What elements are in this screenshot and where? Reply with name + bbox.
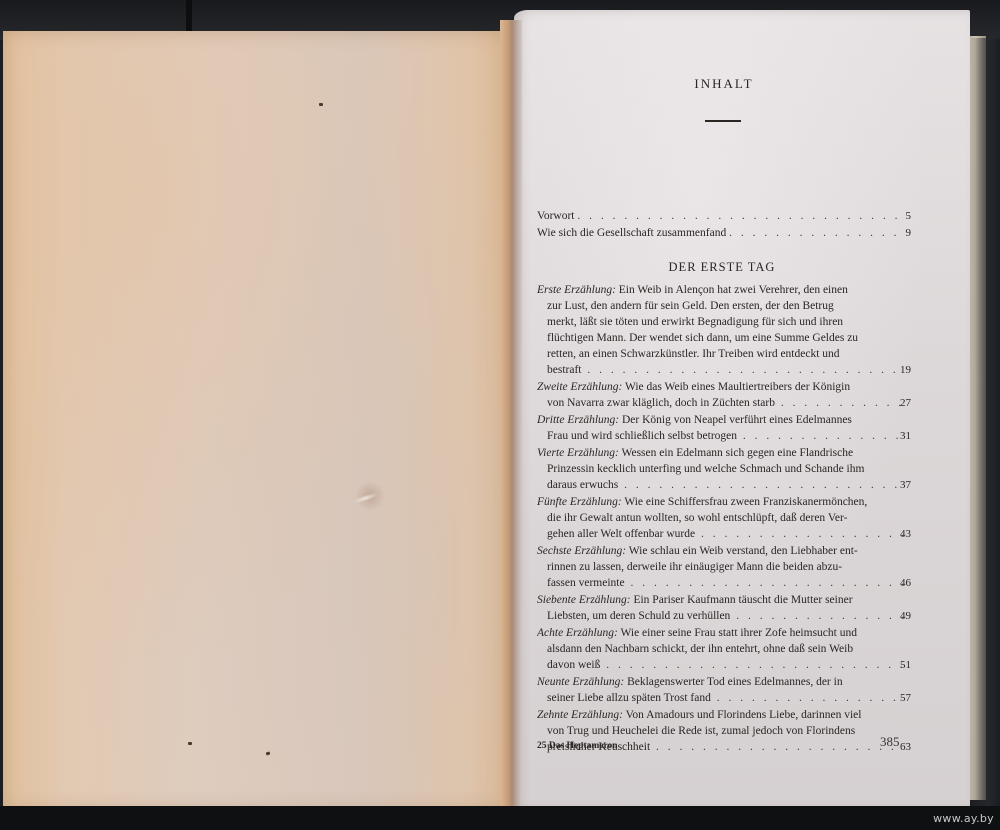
toc-entry-gesellschaft: Wie sich die Gesellschaft zusammenfand .… [537, 225, 903, 241]
entry-line: zur Lust, den andern für sein Geld. Den … [537, 298, 903, 314]
entry-text: davon weiß [547, 659, 600, 671]
entry-text: gehen aller Welt offenbar wurde [547, 528, 695, 540]
entry-page-number: 51 [881, 657, 911, 673]
paper-speck [188, 742, 192, 745]
book-gutter [500, 20, 522, 810]
entry-text: alsdann den Nachbarn schickt, der ihn en… [547, 643, 853, 655]
entry-line: seiner Liebe allzu späten Trost fand . .… [537, 690, 903, 706]
entry-text: von Navarra zwar kläglich, doch in Zücht… [547, 397, 775, 409]
entry-text: von Trug und Heuchelei die Rede ist, zum… [547, 725, 855, 737]
toc-entry: Fünfte Erzählung: Wie eine Schiffersfrau… [537, 494, 903, 542]
entry-page-number: 43 [881, 526, 911, 542]
entry-line: davon weiß . . . . . . . . . . . . . . .… [537, 657, 903, 673]
entry-text: rinnen zu lassen, derweile ihr einäugige… [547, 561, 842, 573]
entry-page-number: 57 [881, 690, 911, 706]
entry-text: daraus erwuchs [547, 479, 618, 491]
entry-text: Wie schlau ein Weib verstand, den Liebha… [629, 545, 858, 557]
entry-line: Dritte Erzählung: Der König von Neapel v… [537, 412, 903, 428]
toc-entry: Achte Erzählung: Wie einer seine Frau st… [537, 625, 903, 673]
toc-title: INHALT [689, 76, 759, 92]
leader-dots: . . . . . . . . . . . . . . . . . . . . … [625, 577, 903, 589]
toc-entry-vorwort: Vorwort . . . . . . . . . . . . . . . . … [537, 208, 903, 224]
entry-line: Sechste Erzählung: Wie schlau ein Weib v… [537, 543, 903, 559]
entry-text: flüchtigen Mann. Der wendet sich dann, u… [547, 332, 858, 344]
entry-text: Ein Pariser Kaufmann täuscht die Mutter … [633, 594, 852, 606]
entry-label: Zweite Erzählung: [537, 381, 622, 393]
printer-signature: 25 Das Heptameron [537, 741, 618, 751]
entry-line: retten, an einen Schwarzkünstler. Ihr Tr… [537, 346, 903, 362]
paper-speck [266, 751, 271, 755]
entry-line: Achte Erzählung: Wie einer seine Frau st… [537, 625, 903, 641]
entry-line: rinnen zu lassen, derweile ihr einäugige… [537, 559, 903, 575]
entry-text: Wie das Weib eines Maultiertreibers der … [625, 381, 850, 393]
entry-text: seiner Liebe allzu späten Trost fand [547, 692, 711, 704]
entry-label: Wie sich die Gesellschaft zusammenfand [537, 227, 726, 239]
entry-text: Beklagenswerter Tod eines Edelmannes, de… [627, 676, 843, 688]
entry-line: die ihr Gewalt antun wollten, so wohl en… [537, 510, 903, 526]
left-blank-page [3, 31, 511, 810]
entry-label: Neunte Erzählung: [537, 676, 624, 688]
entry-line: gehen aller Welt offenbar wurde . . . . … [537, 526, 903, 542]
page-number: 385 [880, 734, 900, 750]
entry-text: Prinzessin kecklich unterfing und welche… [547, 463, 864, 475]
entry-label: Achte Erzählung: [537, 627, 618, 639]
leader-dots: . . . . . . . . . . . . . . . . . . . . … [737, 430, 903, 442]
toc-entry: Erste Erzählung: Ein Weib in Alençon hat… [537, 282, 903, 378]
toc-entry: Neunte Erzählung: Beklagenswerter Tod ei… [537, 674, 903, 706]
entry-label: Sechste Erzählung: [537, 545, 626, 557]
entry-text: Ein Weib in Alençon hat zwei Verehrer, d… [619, 284, 848, 296]
entry-line: Vierte Erzählung: Wessen ein Edelmann si… [537, 445, 903, 461]
book-cover-edge [970, 38, 1000, 808]
entry-text: fassen vermeinte [547, 577, 625, 589]
entry-page-number: 31 [881, 428, 911, 444]
watermark: www.ay.by [933, 812, 994, 825]
entry-line: von Navarra zwar kläglich, doch in Zücht… [537, 395, 903, 411]
entry-line: Siebente Erzählung: Ein Pariser Kaufmann… [537, 592, 903, 608]
bottom-shadow [0, 806, 1000, 830]
entry-line: Zehnte Erzählung: Von Amadours und Flori… [537, 707, 903, 723]
entry-text: Wie eine Schiffersfrau zween Franziskane… [624, 496, 867, 508]
background-seam [186, 0, 192, 34]
entry-text: Liebsten, um deren Schuld zu verhüllen [547, 610, 730, 622]
entry-label: Fünfte Erzählung: [537, 496, 622, 508]
entry-line: daraus erwuchs . . . . . . . . . . . . .… [537, 477, 903, 493]
entry-page-number: 27 [881, 395, 911, 411]
entry-text: die ihr Gewalt antun wollten, so wohl en… [547, 512, 847, 524]
entry-text: Der König von Neapel verführt eines Edel… [622, 414, 852, 426]
leader-dots: . . . . . . . . . . . . . . . . . . . . … [600, 659, 903, 671]
entry-line: von Trug und Heuchelei die Rede ist, zum… [537, 723, 903, 739]
entry-text: Frau und wird schließlich selbst betroge… [547, 430, 737, 442]
entry-line: alsdann den Nachbarn schickt, der ihn en… [537, 641, 903, 657]
entry-line: bestraft . . . . . . . . . . . . . . . .… [537, 362, 903, 378]
entry-text: Von Amadours und Florindens Liebe, darin… [626, 709, 862, 721]
entry-label: Vierte Erzählung: [537, 447, 619, 459]
entry-line: flüchtigen Mann. Der wendet sich dann, u… [537, 330, 903, 346]
entry-label: Vorwort [537, 210, 574, 222]
leader-dots: . . . . . . . . . . . . . . . . . . . . … [618, 479, 903, 491]
entry-label: Zehnte Erzählung: [537, 709, 623, 721]
entry-line: Prinzessin kecklich unterfing und welche… [537, 461, 903, 477]
entry-line: Erste Erzählung: Ein Weib in Alençon hat… [537, 282, 903, 298]
leader-dots: . . . . . . . . . . . . . . . . . . . . … [581, 364, 903, 376]
entry-line: Frau und wird schließlich selbst betroge… [537, 428, 903, 444]
leader-dots: . . . . . . . . . . . . . . . . . . . . … [730, 610, 903, 622]
entry-line: fassen vermeinte . . . . . . . . . . . .… [537, 575, 903, 591]
entry-text: zur Lust, den andern für sein Geld. Den … [547, 300, 834, 312]
entry-page-number: 46 [881, 575, 911, 591]
leader-dots: . . . . . . . . . . . . . . . . . . . . … [695, 528, 903, 540]
entry-line: Zweite Erzählung: Wie das Weib eines Mau… [537, 379, 903, 395]
entry-line: merkt, läßt sie töten und erwirkt Begnad… [537, 314, 903, 330]
entry-page-number: 5 [881, 208, 911, 224]
entry-text: merkt, läßt sie töten und erwirkt Begnad… [547, 316, 843, 328]
section-heading: DER ERSTE TAG [637, 260, 807, 275]
entry-page-number: 9 [881, 225, 911, 241]
entry-page-number: 19 [881, 362, 911, 378]
toc-entry: Vierte Erzählung: Wessen ein Edelmann si… [537, 445, 903, 493]
entry-line: Fünfte Erzählung: Wie eine Schiffersfrau… [537, 494, 903, 510]
entry-page-number: 49 [881, 608, 911, 624]
entry-text: bestraft [547, 364, 581, 376]
entry-label: Dritte Erzählung: [537, 414, 619, 426]
title-rule [705, 120, 741, 122]
entry-label: Siebente Erzählung: [537, 594, 631, 606]
entry-line: Neunte Erzählung: Beklagenswerter Tod ei… [537, 674, 903, 690]
entry-page-number: 37 [881, 477, 911, 493]
entry-text: retten, an einen Schwarzkünstler. Ihr Tr… [547, 348, 840, 360]
entry-text: Wessen ein Edelmann sich gegen eine Flan… [622, 447, 854, 459]
toc-entry: Sechste Erzählung: Wie schlau ein Weib v… [537, 543, 903, 591]
leader-dots: . . . . . . . . . . . . . . . . . . . . … [711, 692, 903, 704]
toc-entry: Dritte Erzählung: Der König von Neapel v… [537, 412, 903, 444]
leader-dots: . . . . . . . . . . . . . . . . . . . . … [650, 741, 903, 753]
toc-entry: Siebente Erzählung: Ein Pariser Kaufmann… [537, 592, 903, 624]
toc-entry: Zweite Erzählung: Wie das Weib eines Mau… [537, 379, 903, 411]
entry-line: Liebsten, um deren Schuld zu verhüllen .… [537, 608, 903, 624]
entry-label: Erste Erzählung: [537, 284, 616, 296]
entry-text: Wie einer seine Frau statt ihrer Zofe he… [620, 627, 857, 639]
paper-speck [319, 103, 323, 106]
